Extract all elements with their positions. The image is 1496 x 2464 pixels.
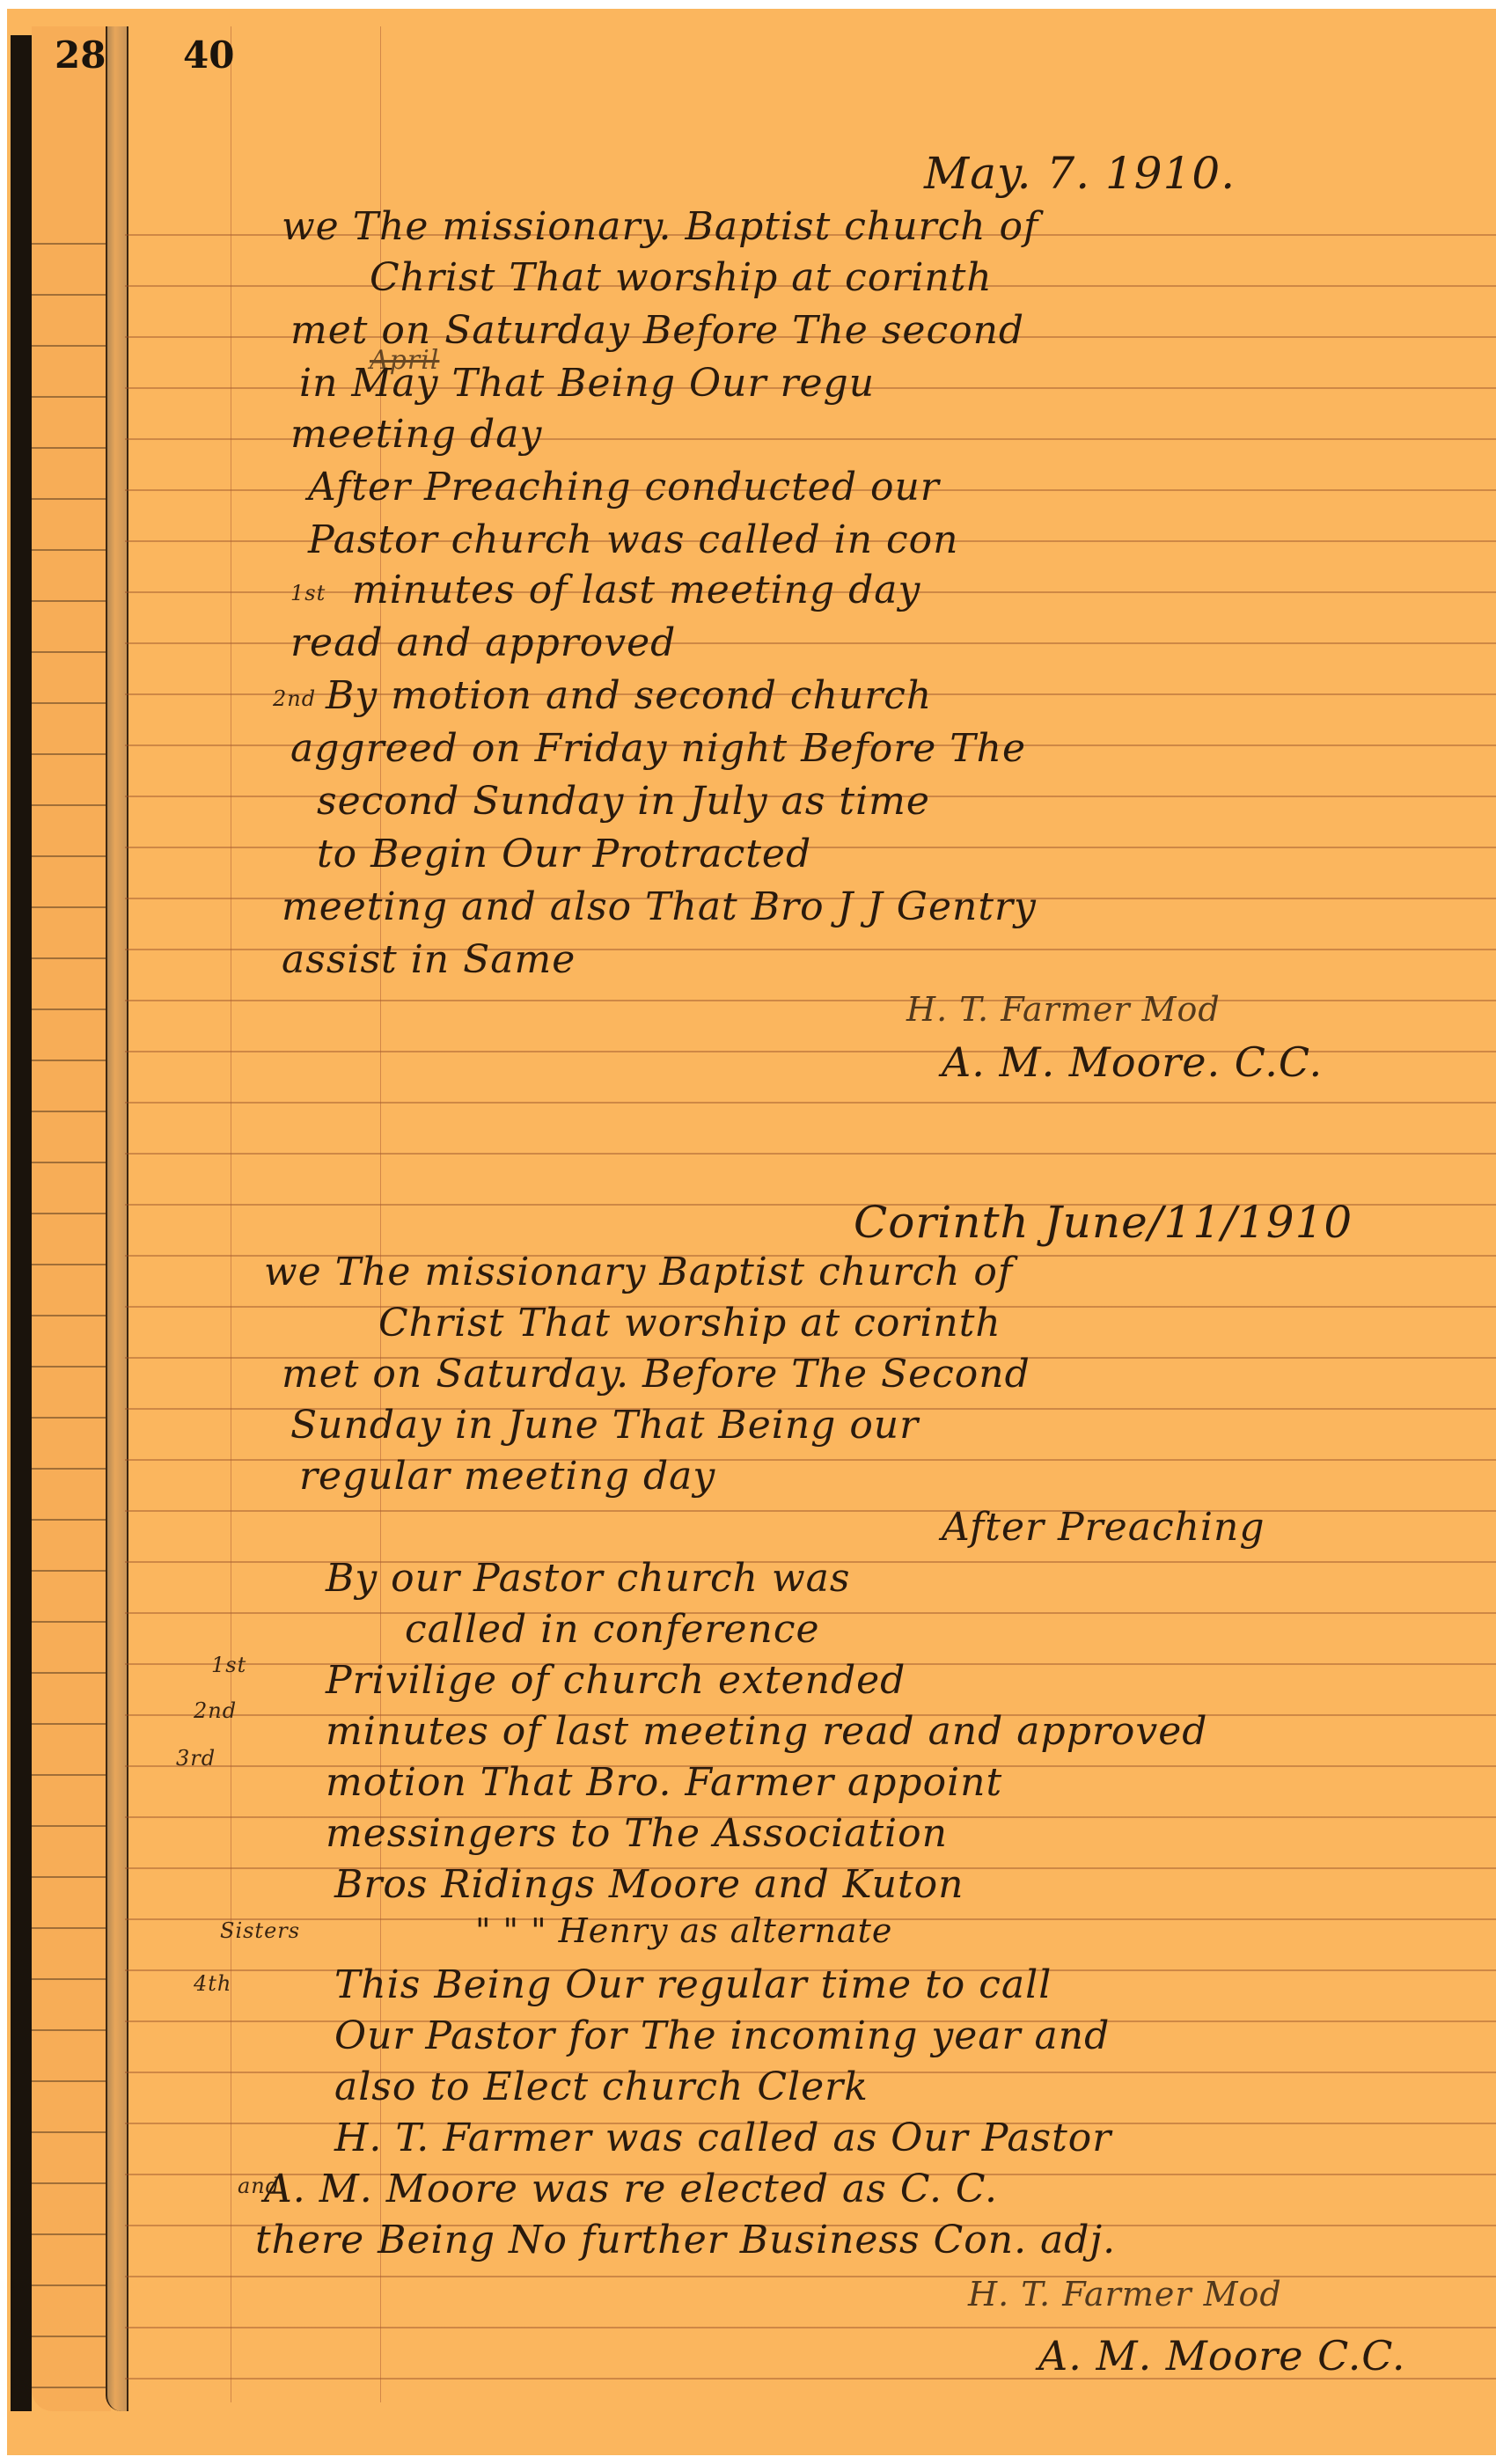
entry1-line: Pastor church was called in con [308, 517, 959, 562]
entry2-line: This Being Our regular time to call [334, 1962, 1052, 2007]
margin-note: 3rd [176, 1746, 216, 1771]
entry2-line: called in conference [405, 1607, 820, 1652]
entry1-line: meeting and also That Bro J J Gentry [282, 884, 1037, 929]
entry2-line: also to Elect church Clerk [334, 2064, 869, 2109]
entry2-line: After Preaching [942, 1505, 1265, 1550]
signature-clerk: A. M. Moore. C.C. [942, 1038, 1323, 1086]
entry2-line: H. T. Farmer was called as Our Pastor [334, 2116, 1111, 2160]
entry1-line: we The missionary. Baptist church of [282, 204, 1038, 249]
entry1-line: meeting day [290, 412, 542, 457]
entry1-line: to Begin Our Protracted [317, 832, 811, 876]
signature-moderator: H. T. Farmer Mod [906, 990, 1221, 1029]
entry2-line: Christ That worship at corinth [378, 1301, 1001, 1346]
entry2-line: Privilige of church extended [326, 1658, 906, 1703]
margin-note: 2nd [194, 1698, 237, 1723]
signature-moderator: H. T. Farmer Mod [968, 2275, 1282, 2314]
entry1-line: Christ That worship at corinth [370, 255, 993, 300]
page-number-left: 28 [55, 33, 106, 77]
entry2-line: there Being No further Business Con. adj… [255, 2218, 1116, 2262]
struck-word: April [370, 345, 439, 376]
entry1-line: minutes of last meeting day [352, 568, 920, 612]
margin-note: 1st [211, 1653, 246, 1677]
entry2-line: A. M. Moore was re elected as C. C. [264, 2167, 998, 2211]
facing-page-rules [32, 194, 106, 2394]
entry1-line: read and approved [290, 620, 676, 665]
entry1-line: assist in Same [282, 937, 576, 982]
entry2-line: By our Pastor church was [326, 1556, 850, 1601]
margin-note: 1st [290, 581, 326, 605]
page-number-right: 40 [183, 33, 234, 77]
signature-clerk: A. M. Moore C.C. [1038, 2332, 1406, 2380]
entry2-line: minutes of last meeting read and approve… [326, 1709, 1207, 1754]
entry2-line: regular meeting day [299, 1454, 715, 1499]
entry1-line: aggreed on Friday night Before The [290, 726, 1026, 771]
entry2-line: Sunday in June That Being our [290, 1403, 919, 1448]
entry2-line: motion That Bro. Farmer appoint [326, 1760, 1002, 1805]
entry1-line: second Sunday in July as time [317, 779, 930, 824]
entry1-line: After Preaching conducted our [308, 465, 940, 510]
entry2-date: Corinth June/11/1910 [854, 1197, 1353, 1248]
entry1-line: By motion and second church [326, 673, 932, 718]
entry2-line: Bros Ridings Moore and Kuton [334, 1862, 964, 1907]
entry2-line: we The missionary Baptist church of [264, 1250, 1013, 1294]
margin-note: Sisters [220, 1918, 300, 1943]
entry2-line: " " " Henry as alternate [475, 1911, 892, 1950]
entry1-date: May. 7. 1910. [924, 148, 1236, 199]
margin-rule [231, 26, 231, 2402]
margin-note: 2nd [273, 686, 316, 711]
entry2-line: messingers to The Association [326, 1811, 948, 1856]
entry2-line: Our Pastor for The incoming year and [334, 2013, 1110, 2058]
entry2-line: met on Saturday. Before The Second [282, 1352, 1030, 1397]
margin-note: 4th [194, 1971, 231, 1996]
binding-shadow [11, 35, 32, 2411]
